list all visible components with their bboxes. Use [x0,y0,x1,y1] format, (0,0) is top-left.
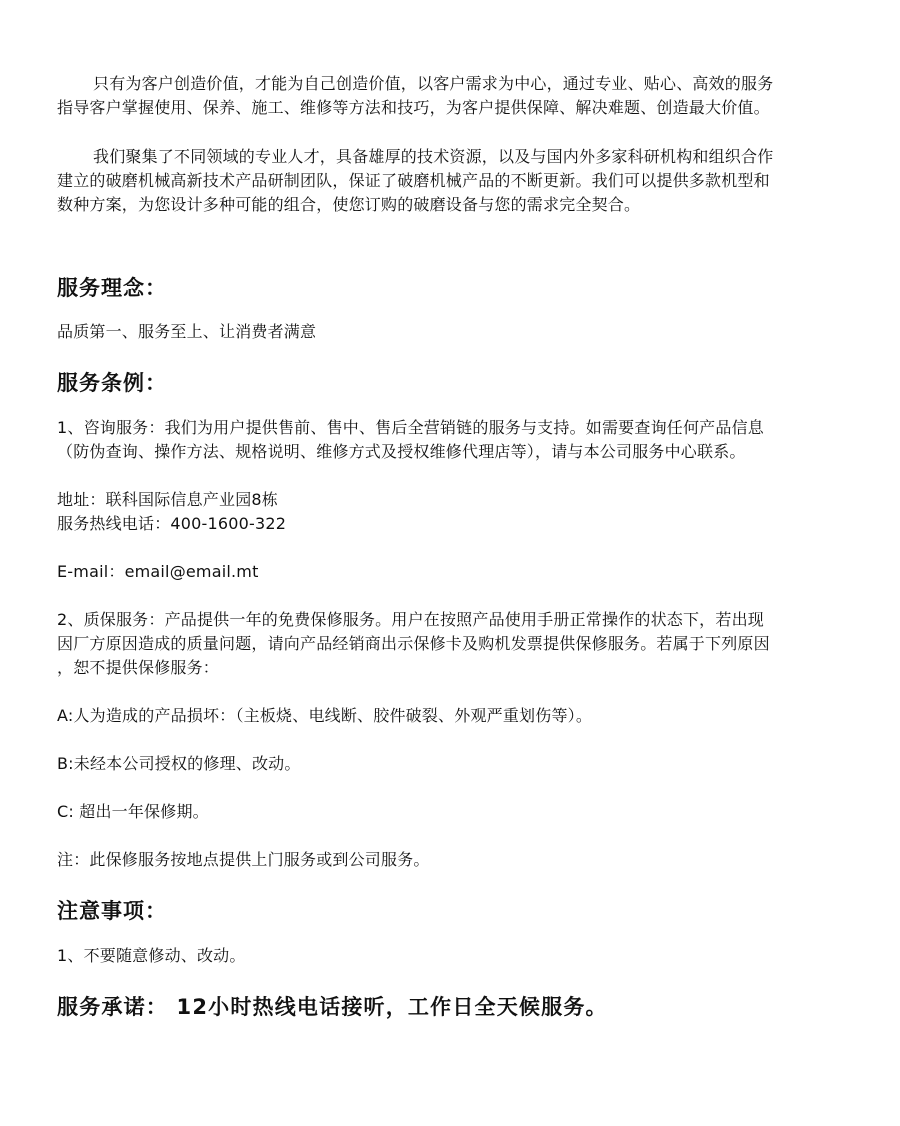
text-line: 2、质保服务：产品提供一年的免费保修服务。用户在按照产品使用手册正常操作的状态下… [57,608,852,632]
exclusion-c: C: 超出一年保修期。 [57,800,852,824]
text-line: A:人为造成的产品损坏：（主板烧、电线断、胶件破裂、外观严重划伤等）。 [57,704,852,728]
text-line: （防伪查询、操作方法、规格说明、维修方式及授权维修代理店等），请与本公司服务中心… [57,440,852,464]
email-value: E-mail：email@email.mt [57,560,852,584]
text-line: 1、不要随意修动、改动。 [57,944,852,968]
hotline-text: 服务热线电话：400-1600-322 [57,512,852,536]
consult-service-paragraph: 1、咨询服务：我们为用户提供售前、售中、售后全营销链的服务与支持。如需要查询任何… [57,416,852,464]
text-line: B:未经本公司授权的修理、改动。 [57,752,852,776]
text-line: 数种方案，为您设计多种可能的组合，使您订购的破磨设备与您的需求完全契合。 [57,193,852,217]
intro-paragraph-1: 只有为客户创造价值，才能为自己创造价值，以客户需求为中心，通过专业、贴心、高效的… [57,72,852,120]
exclusion-a: A:人为造成的产品损坏：（主板烧、电线断、胶件破裂、外观严重划伤等）。 [57,704,852,728]
text-line: C: 超出一年保修期。 [57,800,852,824]
text-line: ，恕不提供保修服务： [57,656,852,680]
exclusion-b: B:未经本公司授权的修理、改动。 [57,752,852,776]
contact-block: 地址：联科国际信息产业园8栋 服务热线电话：400-1600-322 [57,488,852,536]
service-promise: 服务承诺： 12小时热线电话接听，工作日全天候服务。 [57,992,608,1022]
philosophy-text: 品质第一、服务至上、让消费者满意 [57,320,852,344]
text-line: 1、咨询服务：我们为用户提供售前、售中、售后全营销链的服务与支持。如需要查询任何… [57,416,852,440]
text-line: 只有为客户创造价值，才能为自己创造价值，以客户需求为中心，通过专业、贴心、高效的… [57,72,852,96]
text-line: 我们聚集了不同领域的专业人才，具备雄厚的技术资源，以及与国内外多家科研机构和组织… [57,145,852,169]
intro-paragraph-2: 我们聚集了不同领域的专业人才，具备雄厚的技术资源，以及与国内外多家科研机构和组织… [57,145,852,217]
text-line: 注：此保修服务按地点提供上门服务或到公司服务。 [57,848,852,872]
text-line: 建立的破磨机械高新技术产品研制团队，保证了破磨机械产品的不断更新。我们可以提供多… [57,169,852,193]
heading-service-terms: 服务条例： [57,368,167,398]
address-text: 地址：联科国际信息产业园8栋 [57,488,852,512]
warranty-paragraph: 2、质保服务：产品提供一年的免费保修服务。用户在按照产品使用手册正常操作的状态下… [57,608,852,680]
text-line: 指导客户掌握使用、保养、施工、维修等方法和技巧，为客户提供保障、解决难题、创造最… [57,96,852,120]
heading-service-philosophy: 服务理念： [57,273,167,303]
text-line: 品质第一、服务至上、让消费者满意 [57,320,852,344]
notes-item-1: 1、不要随意修动、改动。 [57,944,852,968]
warranty-note: 注：此保修服务按地点提供上门服务或到公司服务。 [57,848,852,872]
heading-notes: 注意事项： [57,896,167,926]
email-text: E-mail：email@email.mt [57,560,852,584]
text-line: 因厂方原因造成的质量问题，请向产品经销商出示保修卡及购机发票提供保修服务。若属于… [57,632,852,656]
